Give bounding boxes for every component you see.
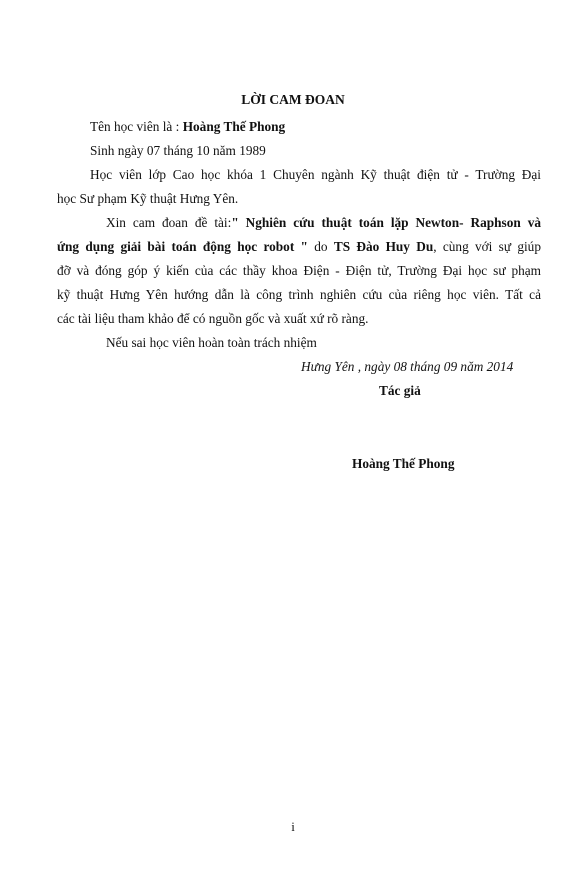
pledge-prefix: Xin cam đoan đề tài: <box>106 215 231 230</box>
class-line-1: Học viên lớp Cao học khóa 1 Chuyên ngành… <box>90 167 541 183</box>
student-name-line: Tên học viên là : Hoàng Thế Phong <box>90 119 285 135</box>
pledge-line-1: Xin cam đoan đề tài:" Nghiên cứu thuật t… <box>106 215 541 231</box>
author-label: Tác giả <box>379 383 421 399</box>
thesis-title-part1: " Nghiên cứu thuật toán lặp Newton- Raph… <box>231 215 541 230</box>
pledge-line-4: kỹ thuật Hưng Yên hướng dẫn là công trìn… <box>57 287 541 303</box>
pledge-line-5: các tài liệu tham khảo để có nguồn gốc v… <box>57 311 368 327</box>
place-date: Hưng Yên , ngày 08 tháng 09 năm 2014 <box>301 359 513 375</box>
class-line-2: học Sư phạm Kỹ thuật Hưng Yên. <box>57 191 238 207</box>
pledge-connector: do <box>308 239 334 254</box>
pledge-line-2-suffix: , cùng với sự giúp <box>433 239 541 254</box>
document-title: LỜI CAM ĐOAN <box>0 92 586 108</box>
responsibility-line: Nếu sai học viên hoàn toàn trách nhiệm <box>106 335 317 351</box>
advisor-name: TS Đào Huy Du <box>334 239 433 254</box>
author-name: Hoàng Thế Phong <box>352 456 454 472</box>
page-number: i <box>0 819 586 835</box>
birth-line: Sinh ngày 07 tháng 10 năm 1989 <box>90 143 266 159</box>
student-name: Hoàng Thế Phong <box>183 119 285 134</box>
pledge-line-2: ứng dụng giải bài toán động học robot " … <box>57 239 541 255</box>
pledge-line-3: đỡ và đóng góp ý kiến của các thầy khoa … <box>57 263 541 279</box>
student-label: Tên học viên là : <box>90 119 183 134</box>
thesis-title-part2: ứng dụng giải bài toán động học robot " <box>57 239 308 254</box>
